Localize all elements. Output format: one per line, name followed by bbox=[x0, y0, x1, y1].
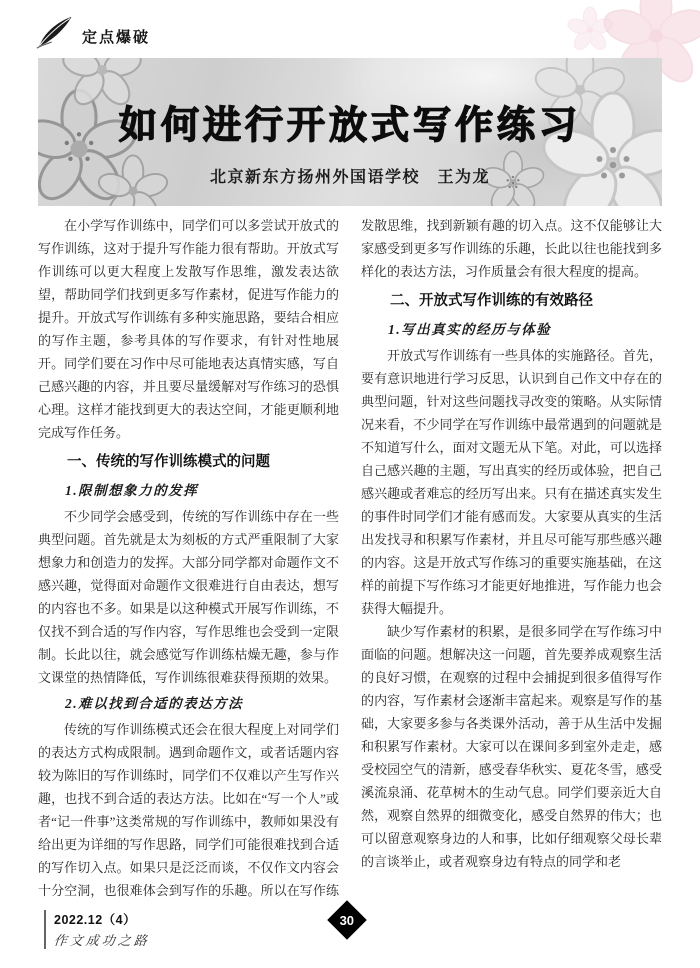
paragraph: 发散思维，找到新颖有趣的切入点。这不仅能够让大家感受到更多写作训练的乐趣，长此以… bbox=[361, 214, 662, 283]
paragraph: 在小学写作训练中，同学们可以多尝试开放式的写作训练，这对于提升写作能力很有帮助。… bbox=[38, 214, 339, 444]
journal-name: 作文成功之路 bbox=[53, 930, 151, 949]
page-number: 30 bbox=[340, 913, 354, 928]
section-heading-2: 二、开放式写作训练的有效路径 bbox=[361, 290, 662, 313]
paragraph: 开放式写作训练有一些具体的实施路径。首先，要有意识地进行学习反思，认识到自己作文… bbox=[361, 344, 662, 620]
paragraph: 传统的写作训练模式还会在很大程度上对同学们的表达方式构成限制。遇到命题作文，或者… bbox=[38, 718, 339, 906]
right-column: 发散思维，找到新颖有趣的切入点。这不仅能够让大家感受到更多写作训练的乐趣，长此以… bbox=[361, 214, 662, 906]
pink-blossom-watermark-icon bbox=[566, 6, 614, 54]
left-column: 在小学写作训练中，同学们可以多尝试开放式的写作训练，这对于提升写作能力很有帮助。… bbox=[38, 214, 339, 906]
sub-heading-1-1: 1.限制想象力的发挥 bbox=[38, 479, 339, 502]
magazine-page: 定点爆破 bbox=[0, 0, 700, 968]
issue-info: 2022.12（4） 作文成功之路 bbox=[44, 910, 150, 949]
quill-icon bbox=[36, 16, 74, 49]
paragraph: 不少同学会感受到，传统的写作训练中存在一些典型问题。首先就是太为刻板的方式严重限… bbox=[38, 505, 339, 689]
section-heading-1: 一、传统的写作训练模式的问题 bbox=[38, 451, 339, 474]
section-label: 定点爆破 bbox=[82, 26, 150, 49]
section-header: 定点爆破 bbox=[36, 16, 150, 49]
paragraph: 缺少写作素材的积累，是很多同学在写作练习中面临的问题。想解决这一问题，首先要养成… bbox=[361, 620, 662, 873]
title-banner: 如何进行开放式写作练习 北京新东方扬州外国语学校 王为龙 bbox=[38, 58, 662, 206]
page-number-badge: 30 bbox=[327, 900, 367, 940]
sub-heading-2-1: 1.写出真实的经历与体验 bbox=[361, 318, 662, 341]
article-title: 如何进行开放式写作练习 bbox=[38, 94, 662, 149]
byline: 北京新东方扬州外国语学校 王为龙 bbox=[38, 164, 662, 187]
sub-heading-1-2: 2.难以找到合适的表达方法 bbox=[38, 692, 339, 715]
issue-date: 2022.12（4） bbox=[54, 910, 150, 928]
article-body: 在小学写作训练中，同学们可以多尝试开放式的写作训练，这对于提升写作能力很有帮助。… bbox=[38, 214, 662, 906]
